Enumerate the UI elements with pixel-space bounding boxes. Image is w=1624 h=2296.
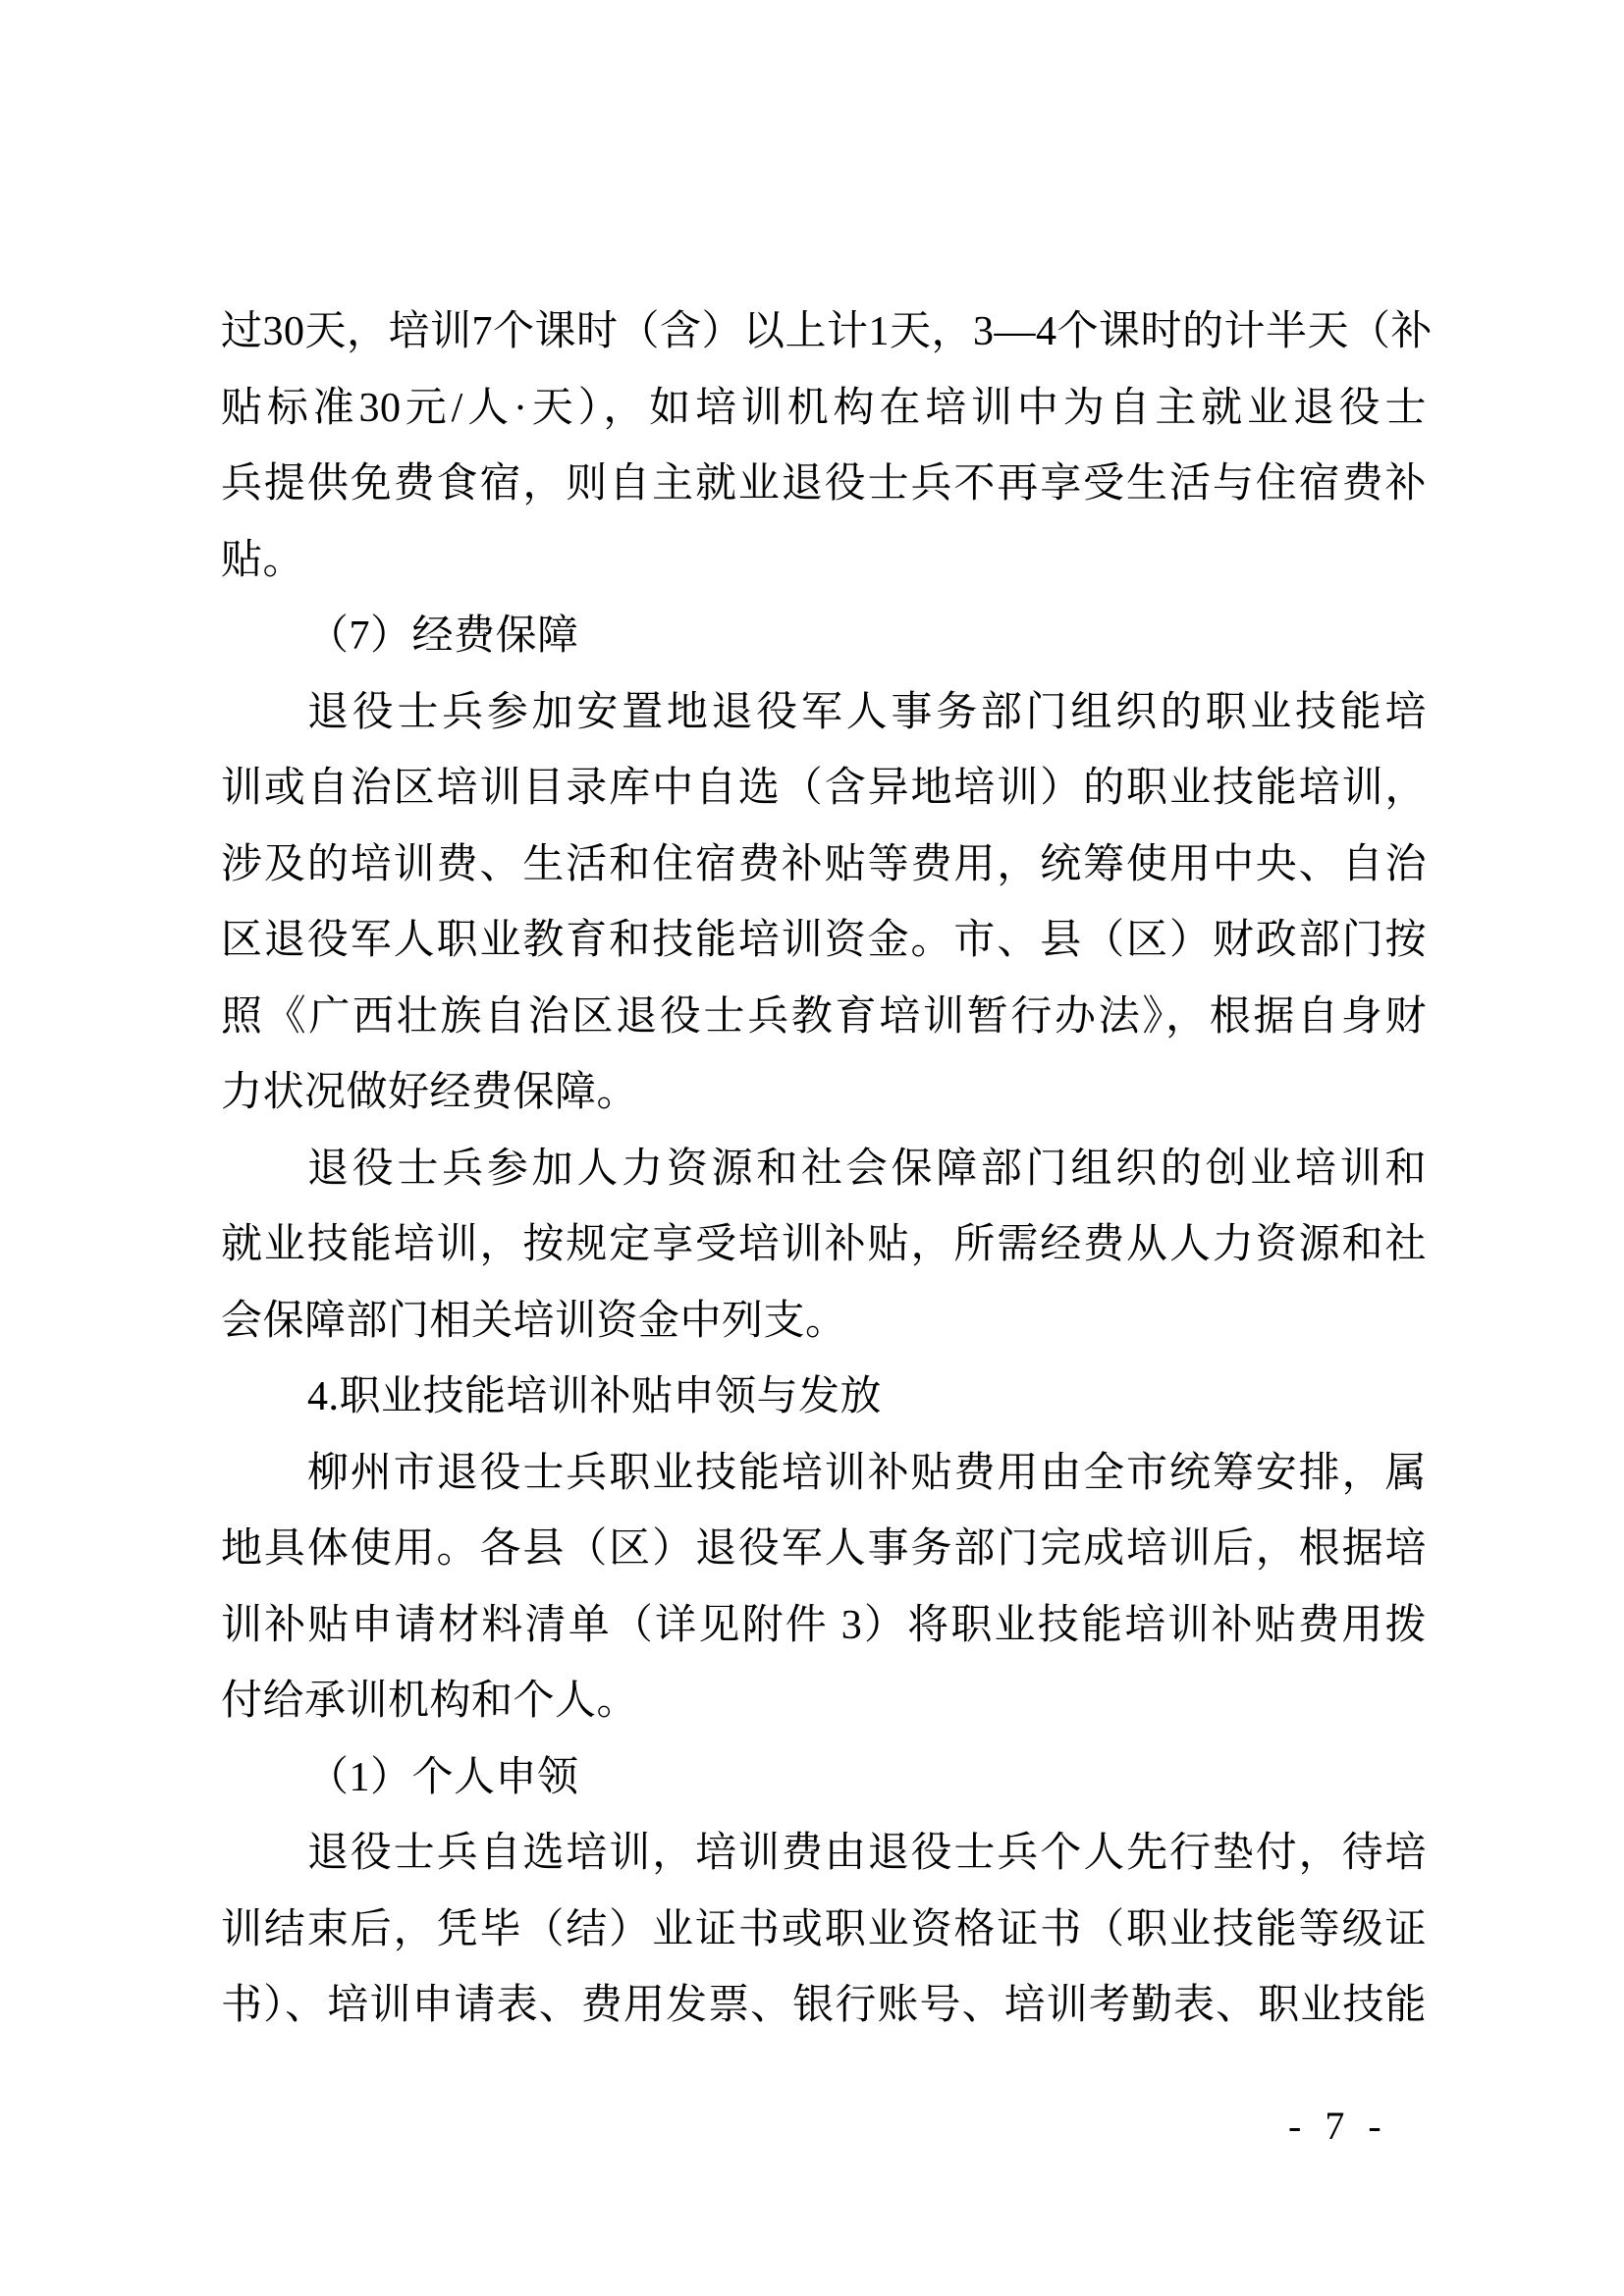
text-line: 柳州市退役士兵职业技能培训补贴费用由全市统筹安排，属 xyxy=(221,1436,1427,1513)
text-line: 退役士兵参加安置地退役军人事务部门组织的职业技能培 xyxy=(221,675,1427,752)
text-line: 退役士兵参加人力资源和社会保障部门组织的创业培训和 xyxy=(221,1132,1427,1208)
text-line: 地具体使用。各县（区）退役军人事务部门完成培训后，根据培 xyxy=(221,1512,1427,1588)
text-line: 力状况做好经费保障。 xyxy=(221,1055,1427,1132)
page-number: - 7 - xyxy=(1288,2107,1388,2146)
text-line: 照《广西壮族自治区退役士兵教育培训暂行办法》，根据自身财 xyxy=(221,980,1427,1056)
text-line: 涉及的培训费、生活和住宿费补贴等费用，统筹使用中央、自治 xyxy=(221,828,1427,904)
text-line: 贴标准30元/人·天），如培训机构在培训中为自主就业退役士 xyxy=(221,371,1427,448)
text-line: 会保障部门相关培训资金中列支。 xyxy=(221,1284,1427,1361)
text-line: 贴。 xyxy=(221,523,1427,600)
body-text: 过30天，培训7个课时（含）以上计1天，3—4个课时的计半天（补 贴标准30元/… xyxy=(221,294,1427,2045)
document-page: 过30天，培训7个课时（含）以上计1天，3—4个课时的计半天（补 贴标准30元/… xyxy=(0,0,1624,2296)
text-line: 训或自治区培训目录库中自选（含异地培训）的职业技能培训， xyxy=(221,751,1427,828)
text-line: 付给承训机构和个人。 xyxy=(221,1664,1427,1740)
text-line-heading: （1）个人申领 xyxy=(221,1740,1427,1817)
text-line-heading: 4.职业技能培训补贴申领与发放 xyxy=(221,1360,1427,1436)
text-line-heading: （7）经费保障 xyxy=(221,599,1427,675)
text-line: 区退役军人职业教育和技能培训资金。市、县（区）财政部门按 xyxy=(221,903,1427,980)
text-line: 书）、培训申请表、费用发票、银行账号、培训考勤表、职业技能 xyxy=(221,1968,1427,2045)
text-line: 兵提供免费食宿，则自主就业退役士兵不再享受生活与住宿费补 xyxy=(221,447,1427,523)
text-line: 退役士兵自选培训，培训费由退役士兵个人先行垫付，待培 xyxy=(221,1816,1427,1893)
text-line: 就业技能培训，按规定享受培训补贴，所需经费从人力资源和社 xyxy=(221,1207,1427,1284)
text-line: 训补贴申请材料清单（详见附件 3）将职业技能培训补贴费用拨 xyxy=(221,1588,1427,1665)
text-line: 过30天，培训7个课时（含）以上计1天，3—4个课时的计半天（补 xyxy=(221,294,1427,371)
text-line: 训结束后，凭毕（结）业证书或职业资格证书（职业技能等级证 xyxy=(221,1893,1427,1969)
